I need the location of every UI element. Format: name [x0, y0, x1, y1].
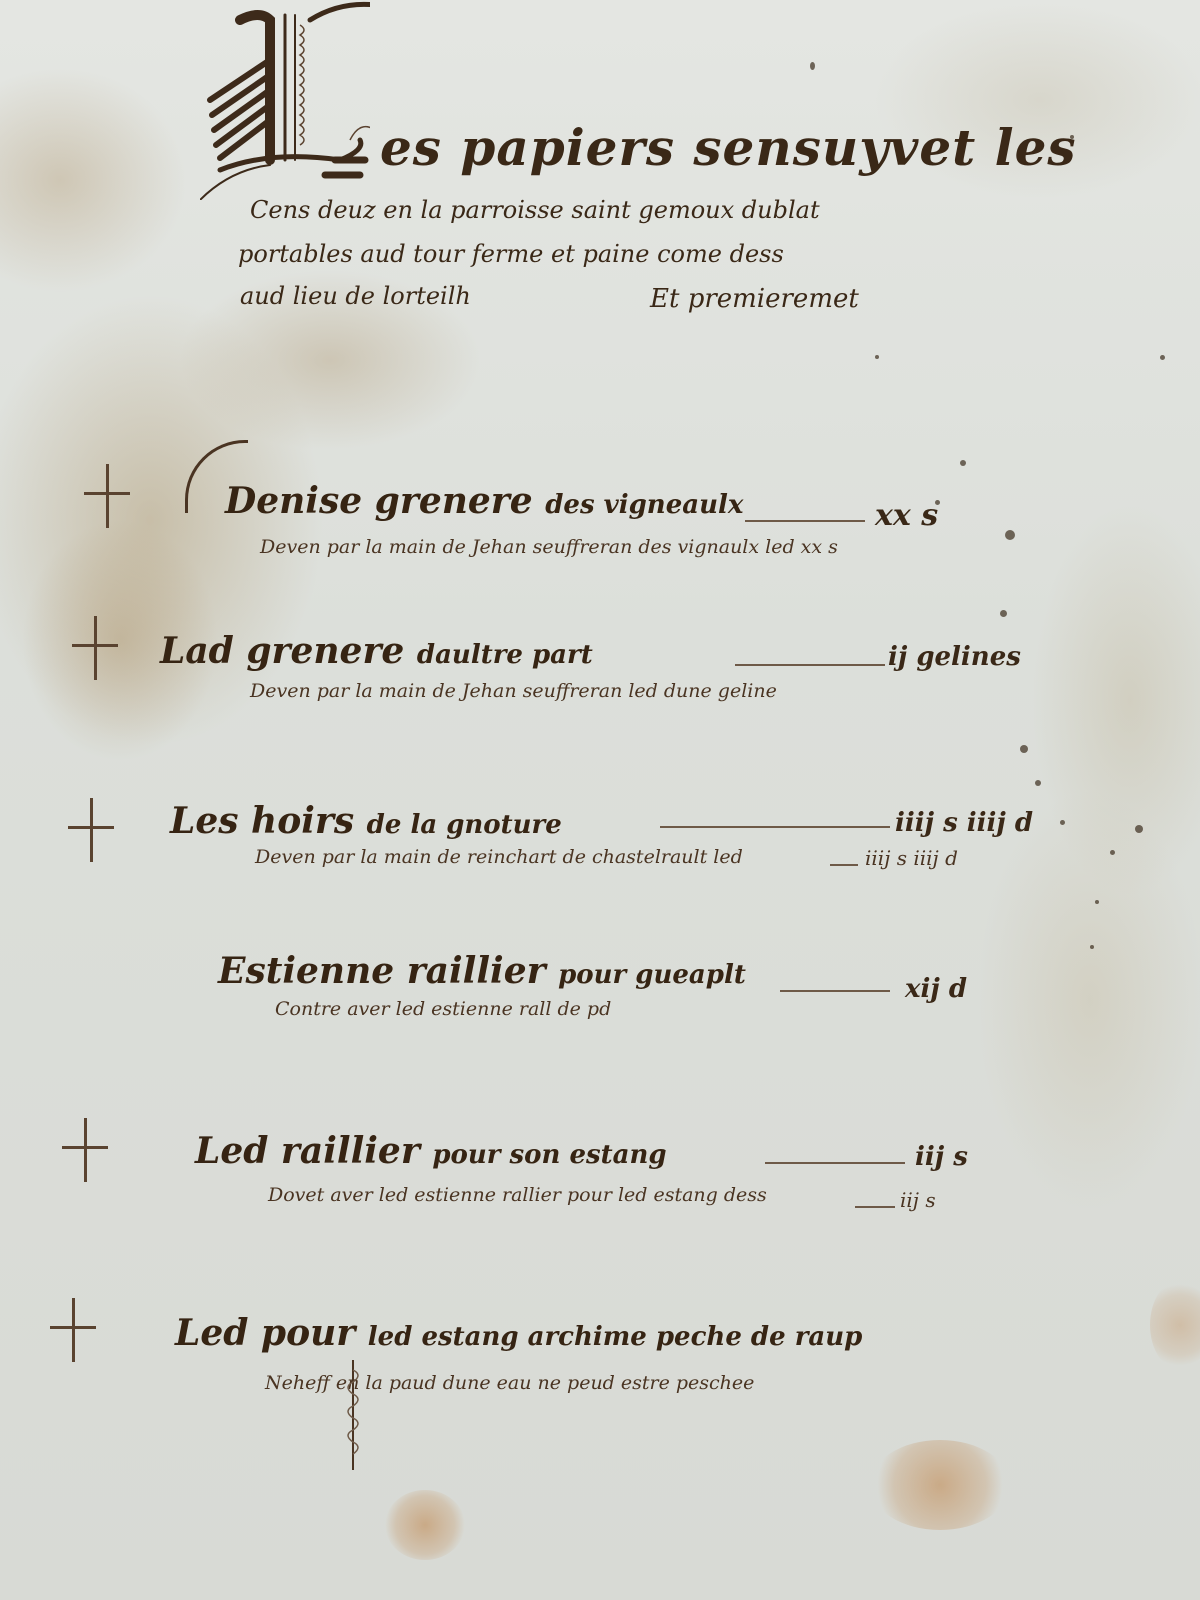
heading-line-2: portables aud tour ferme et paine come d… — [238, 240, 784, 268]
ink-speck — [1000, 610, 1007, 617]
ink-speck — [875, 355, 879, 359]
cross-marker-icon — [84, 464, 130, 528]
leader-line — [830, 864, 858, 866]
leader-line — [745, 520, 865, 522]
entry-name: Les hoirs de la gnoture — [170, 800, 562, 842]
entry-note-amount: iiij s iiij d — [865, 846, 958, 870]
leader-line — [660, 826, 890, 828]
entry-name: Led raillier pour son estang — [195, 1130, 667, 1172]
entry-note: Dovet aver led estienne rallier pour led… — [268, 1184, 767, 1206]
ink-speck — [1160, 355, 1165, 360]
ink-speck — [1135, 825, 1143, 833]
ink-speck — [1090, 945, 1094, 949]
entry-name: Estienne raillier pour gueaplt — [218, 950, 746, 992]
entry-note-amount: iij s — [900, 1188, 936, 1212]
leader-line — [735, 664, 885, 666]
entry-note: Contre aver led estienne rall de pd — [275, 998, 611, 1020]
entry-amount: xx s — [875, 498, 938, 533]
decorated-initial-icon — [200, 0, 370, 200]
cross-marker-icon — [50, 1298, 96, 1362]
stain-right-edge — [1150, 1280, 1200, 1370]
entry-name: Denise grenere des vigneaulx — [225, 480, 743, 522]
ink-speck — [1005, 530, 1015, 540]
manuscript-page: es papiers sensuyvet les Cens deuz en la… — [0, 0, 1200, 1600]
ink-speck — [1110, 850, 1115, 855]
entry-note: Deven par la main de reinchart de chaste… — [255, 846, 743, 868]
entry-name: Lad grenere daultre part — [160, 630, 593, 672]
cross-marker-icon — [68, 798, 114, 862]
heading-main-line: es papiers sensuyvet les — [380, 118, 1077, 177]
ink-speck — [960, 460, 966, 466]
ink-speck — [1060, 820, 1065, 825]
entry-note: Deven par la main de Jehan seuffreran le… — [250, 680, 777, 702]
heading-line-1: Cens deuz en la parroisse saint gemoux d… — [250, 196, 820, 224]
ink-speck — [1035, 780, 1041, 786]
entry-note: Deven par la main de Jehan seuffreran de… — [260, 536, 838, 558]
ornamental-descender-icon — [338, 1360, 368, 1470]
cross-marker-icon — [72, 616, 118, 680]
entry-amount: xij d — [905, 974, 967, 1004]
entry-amount: iij s — [915, 1142, 968, 1172]
entry-amount: iiij s iiij d — [895, 808, 1033, 838]
stain-bottom-right — [870, 1440, 1010, 1530]
leader-line — [765, 1162, 905, 1164]
entry-amount: ij gelines — [888, 642, 1021, 672]
ink-speck — [1020, 745, 1028, 753]
cross-marker-icon — [62, 1118, 108, 1182]
entry-name: Led pour led estang archime peche de rau… — [175, 1312, 862, 1354]
ink-speck — [810, 62, 815, 70]
leader-line — [855, 1206, 895, 1208]
stain-bottom-center — [385, 1490, 465, 1560]
ink-speck — [1095, 900, 1099, 904]
heading-line-3-right: Et premieremet — [650, 284, 859, 314]
heading-line-3: aud lieu de lorteilh — [240, 282, 471, 310]
leader-line — [780, 990, 890, 992]
